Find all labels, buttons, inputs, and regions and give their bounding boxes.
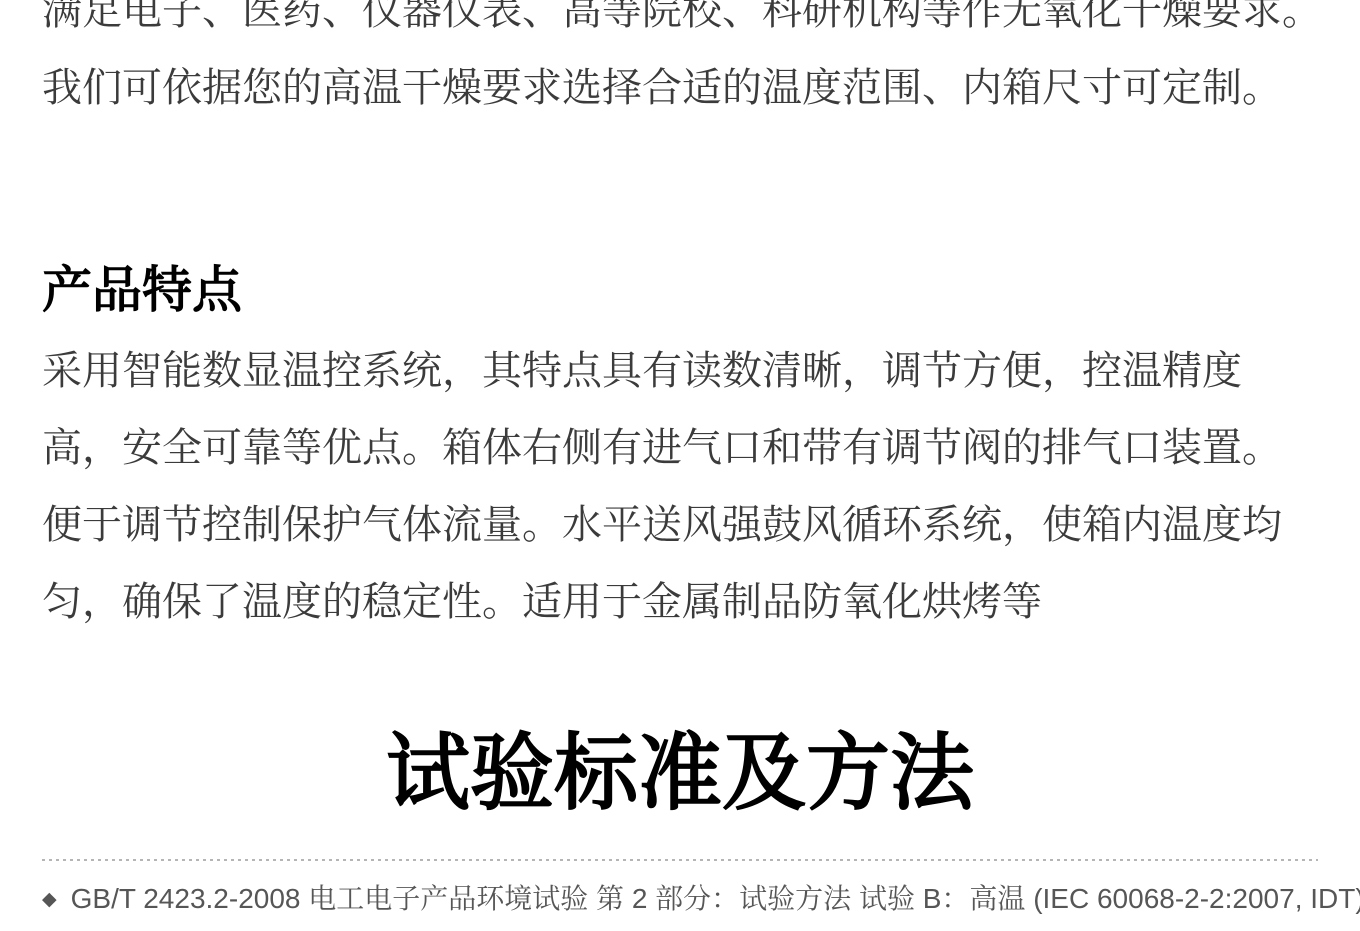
standard-list-item: ◆ GB/T 2423.2-2008 电工电子产品环境试验 第 2 部分：试验方…: [42, 879, 1318, 919]
standard-item-text: GB/T 2423.2-2008 电工电子产品环境试验 第 2 部分：试验方法 …: [71, 879, 1360, 919]
features-line: 采用智能数显温控系统，其特点具有读数清晰，调节方便，控温精度: [42, 333, 1318, 410]
features-paragraph: 采用智能数显温控系统，其特点具有读数清晰，调节方便，控温精度 高，安全可靠等优点…: [42, 333, 1318, 641]
features-line: 匀，确保了温度的稳定性。适用于金属制品防氧化烘烤等: [42, 564, 1318, 641]
standards-section-title: 试验标准及方法: [42, 727, 1318, 819]
diamond-bullet-icon: ◆: [42, 888, 57, 911]
dotted-divider: [42, 859, 1318, 861]
intro-line-clipped: 满足电子、医药、仪器仪表、高等院校、科研机构等作无氧化干燥要求。: [42, 0, 1318, 50]
intro-section: 满足电子、医药、仪器仪表、高等院校、科研机构等作无氧化干燥要求。 我们可依据您的…: [42, 0, 1318, 127]
features-section-title: 产品特点: [42, 261, 1318, 319]
features-line: 高，安全可靠等优点。箱体右侧有进气口和带有调节阀的排气口装置。: [42, 410, 1318, 487]
intro-line: 我们可依据您的高温干燥要求选择合适的温度范围、内箱尺寸可定制。: [42, 50, 1318, 127]
product-detail-page: 满足电子、医药、仪器仪表、高等院校、科研机构等作无氧化干燥要求。 我们可依据您的…: [0, 0, 1360, 931]
features-line: 便于调节控制保护气体流量。水平送风强鼓风循环系统，使箱内温度均: [42, 487, 1318, 564]
